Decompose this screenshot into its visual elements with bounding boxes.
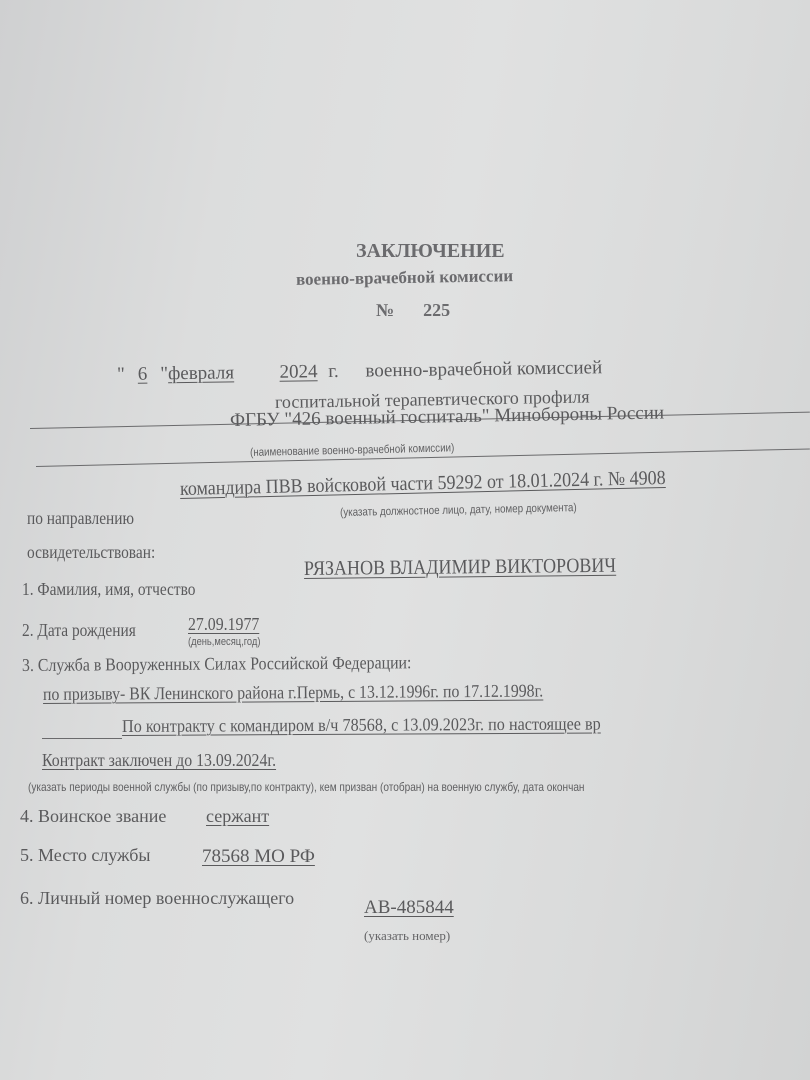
number-label: № (376, 300, 394, 320)
unit-value: 78568 МО РФ (202, 846, 315, 868)
full-name-value: РЯЗАНОВ ВЛАДИМИР ВИКТОРОВИЧ (304, 555, 616, 581)
open-quote: " (117, 364, 125, 385)
service-contract: По контракту с командиром в/ч 78568, с 1… (122, 713, 601, 737)
birth-date-value: 27.09.1977 (188, 614, 259, 635)
date-line: " 6 "февраля 2024 г. военно-врачебной ко… (117, 357, 602, 386)
date-year-suffix: г. (328, 361, 339, 382)
birth-date-hint: (день,месяц,год) (188, 636, 261, 648)
examined-label: освидетельствован: (27, 542, 155, 563)
rank-label: 4. Воинское звание (20, 806, 166, 827)
service-conscription: по призыву- ВК Ленинского района г.Пермь… (43, 681, 543, 705)
referral-value: командира ПВВ войсковой части 59292 от 1… (180, 467, 666, 501)
document-subtitle: военно-врачебной комиссии (296, 266, 513, 290)
referral-hint: (указать должностное лицо, дату, номер д… (340, 502, 577, 519)
contract-lead-rule (42, 738, 122, 739)
date-day: 6 (129, 363, 155, 385)
commission-text: военно-врачебной комиссией (365, 357, 602, 381)
document-page: ЗАКЛЮЧЕНИЕ военно-врачебной комиссии № 2… (0, 0, 810, 1080)
referral-label: по направлению (27, 508, 134, 529)
full-name-label: 1. Фамилия, имя, отчество (22, 579, 195, 600)
number-value: 225 (423, 300, 450, 320)
unit-label: 5. Место службы (20, 845, 151, 866)
service-contract-until: Контракт заключен до 13.09.2024г. (42, 750, 276, 771)
date-year: 2024 (279, 361, 317, 383)
document-title: ЗАКЛЮЧЕНИЕ (356, 240, 505, 263)
birth-date-label: 2. Дата рождения (22, 620, 136, 641)
personal-number-hint: (указать номер) (364, 928, 450, 944)
personal-number-label: 6. Личный номер военнослужащего (20, 888, 294, 909)
service-label: 3. Служба в Вооруженных Силах Российской… (22, 652, 412, 676)
personal-number-value: АВ-485844 (364, 897, 454, 919)
date-month: февраля (168, 362, 256, 385)
document-number: № 225 (376, 300, 450, 321)
service-hint: (указать периоды военной службы (по приз… (28, 780, 585, 794)
rank-value: сержант (206, 806, 269, 827)
